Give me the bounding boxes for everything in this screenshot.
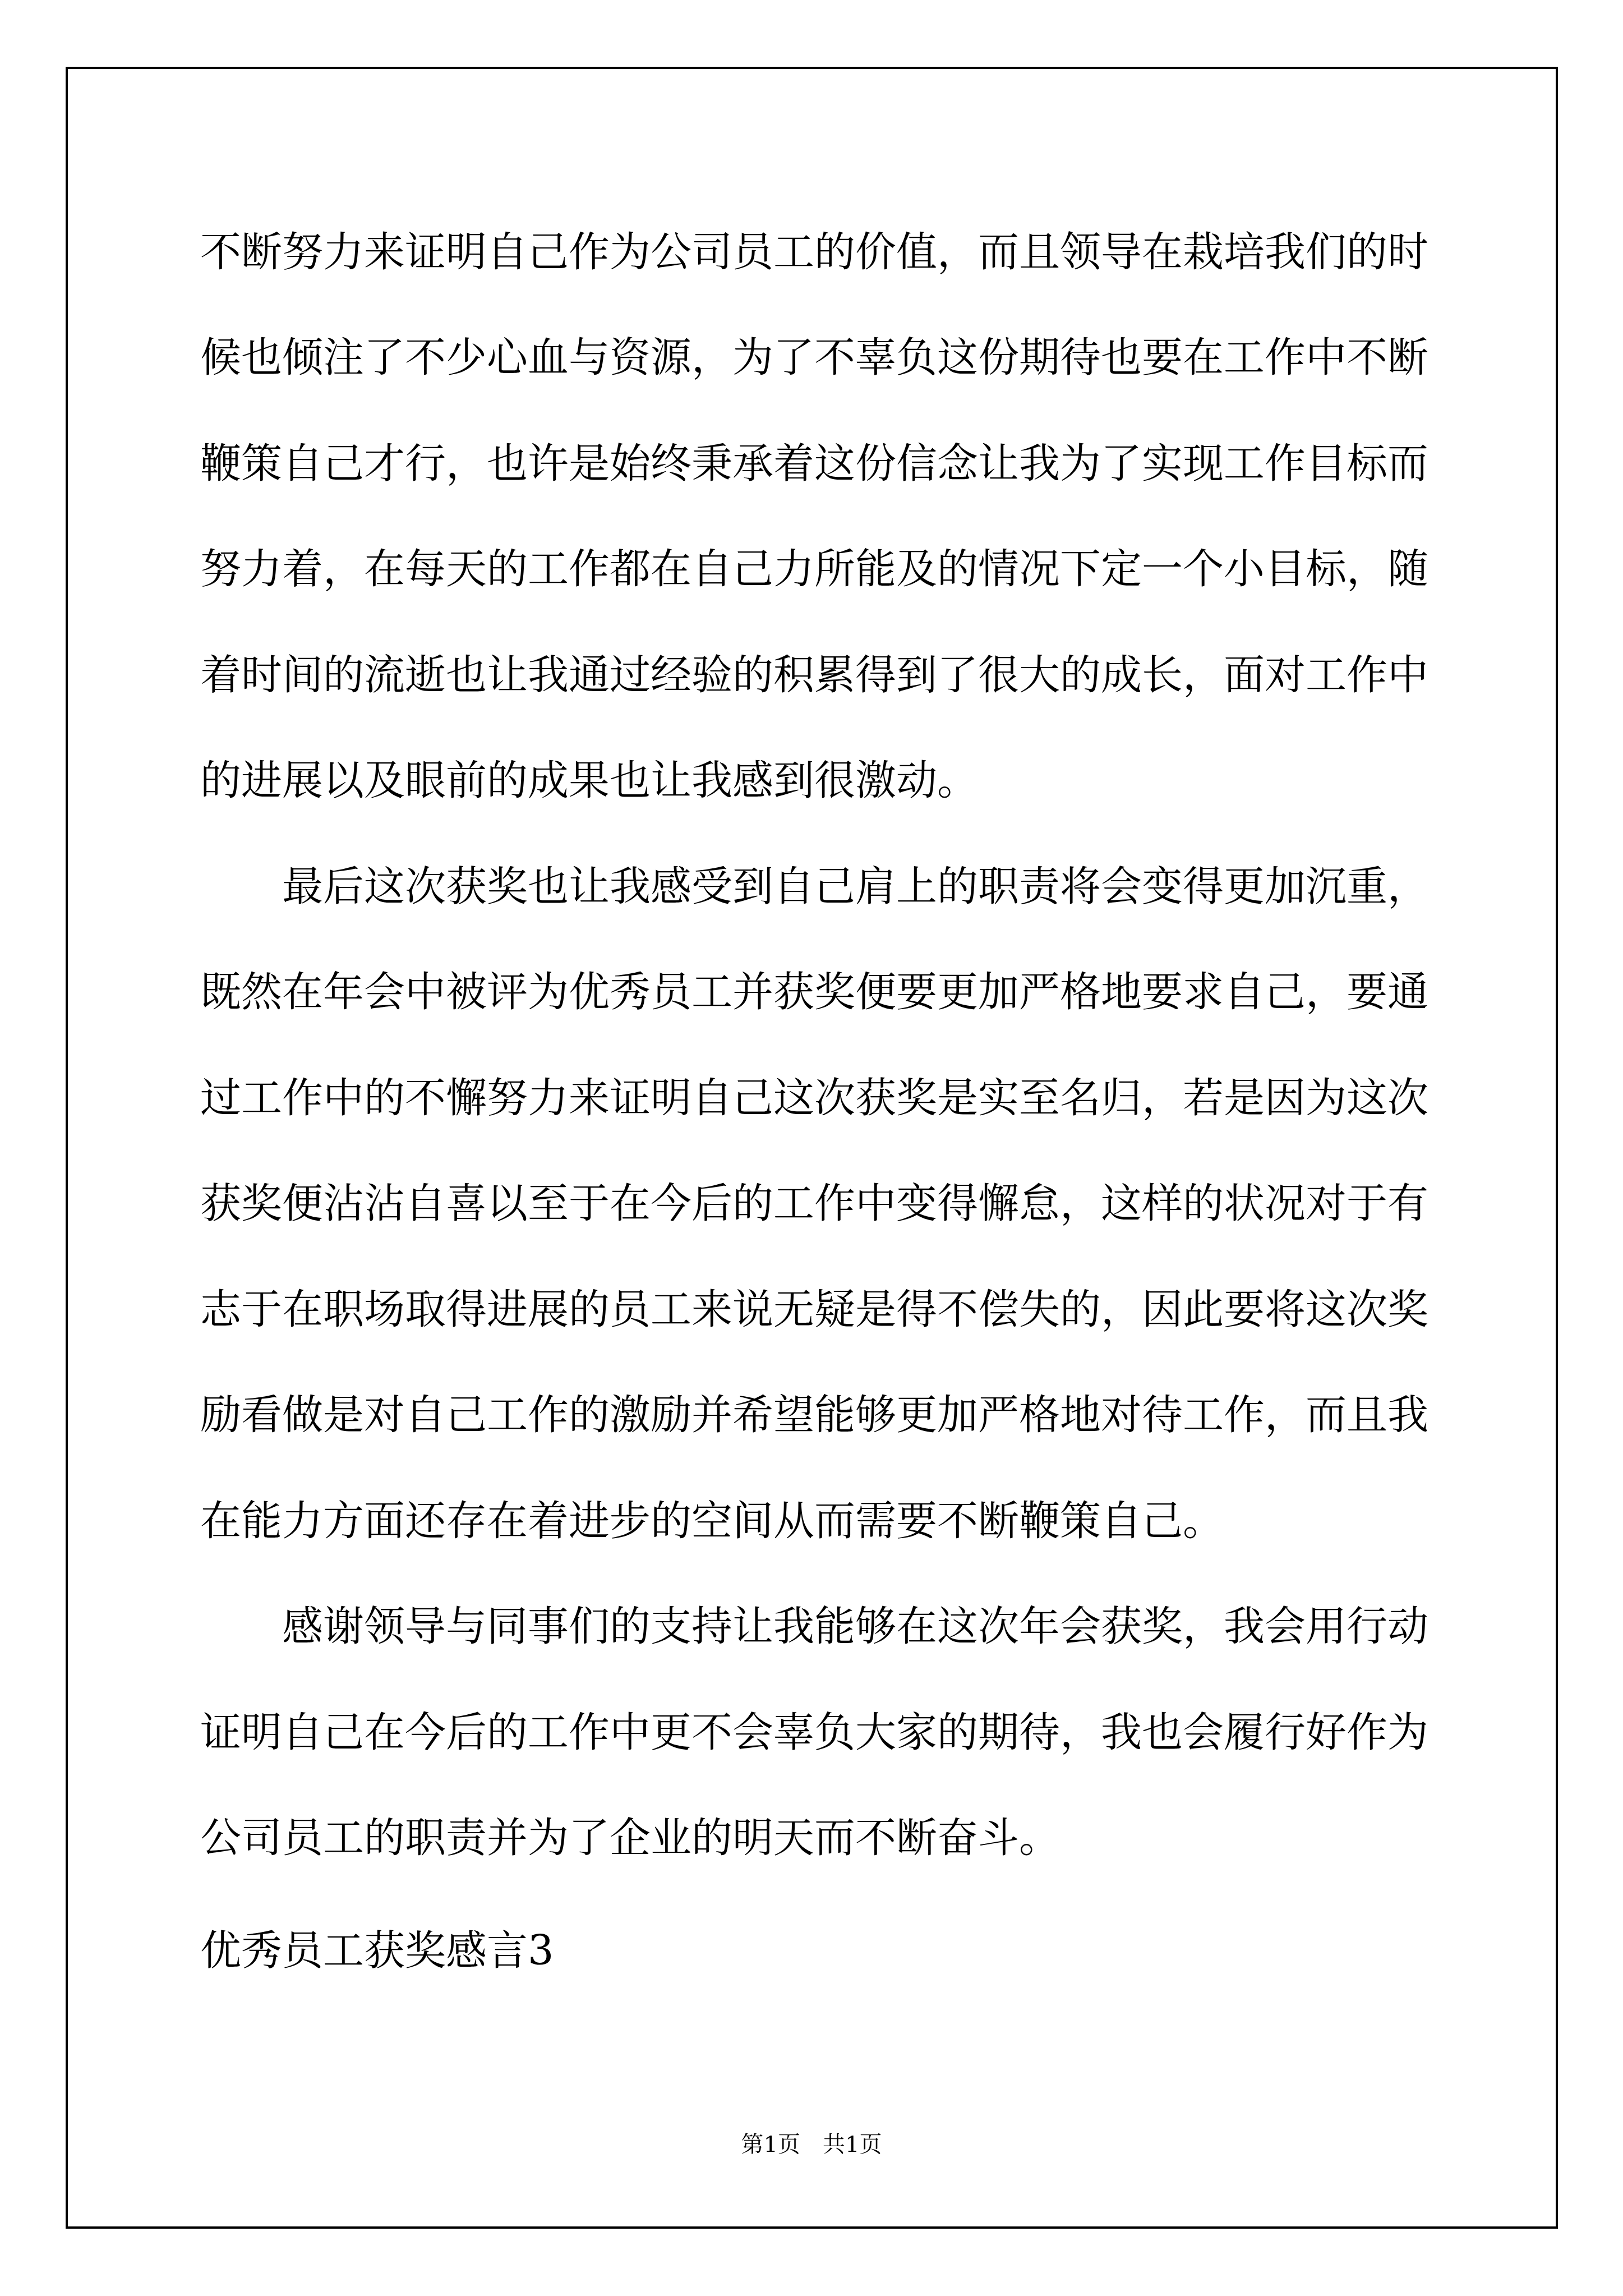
text-line: 获奖便沾沾自喜以至于在今后的工作中变得懈怠，这样的状况对于有 xyxy=(200,1179,1428,1229)
text-line: 过工作中的不懈努力来证明自己这次获奖是实至名归，若是因为这次 xyxy=(200,1073,1428,1124)
page-number-footer: 第1页 共1页 xyxy=(0,2132,1623,2157)
text-line: 努力着，在每天的工作都在自己力所能及的情况下定一个小目标，随 xyxy=(200,544,1428,595)
page-border xyxy=(66,67,1558,2229)
text-line: 励看做是对自己工作的激励并希望能够更加严格地对待工作，而且我 xyxy=(200,1390,1428,1441)
text-line: 鞭策自己才行，也许是始终秉承着这份信念让我为了实现工作目标而 xyxy=(200,439,1428,489)
text-line: 证明自己在今后的工作中更不会辜负大家的期待，我也会履行好作为 xyxy=(200,1708,1428,1758)
paragraph-start-line: 感谢领导与同事们的支持让我能够在这次年会获奖，我会用行动 xyxy=(200,1602,1428,1652)
text-line: 着时间的流逝也让我通过经验的积累得到了很大的成长，面对工作中 xyxy=(200,650,1428,701)
text-line: 志于在职场取得进展的员工来说无疑是得不偿失的，因此要将这次奖 xyxy=(200,1285,1428,1335)
paragraph-start-line: 最后这次获奖也让我感受到自己肩上的职责将会变得更加沉重， xyxy=(200,862,1428,912)
text-line: 公司员工的职责并为了企业的明天而不断奋斗。 xyxy=(200,1813,1060,1864)
text-line: 既然在年会中被评为优秀员工并获奖便要更加严格地要求自己，要通 xyxy=(200,967,1428,1018)
text-line: 候也倾注了不少心血与资源，为了不辜负这份期待也要在工作中不断 xyxy=(200,333,1428,383)
text-line: 不断努力来证明自己作为公司员工的价值，而且领导在栽培我们的时 xyxy=(200,227,1428,278)
section-heading: 优秀员工获奖感言3 xyxy=(200,1926,554,1976)
text-line: 在能力方面还存在着进步的空间从而需要不断鞭策自己。 xyxy=(200,1496,1224,1547)
text-line: 的进展以及眼前的成果也让我感到很激动。 xyxy=(200,756,978,806)
